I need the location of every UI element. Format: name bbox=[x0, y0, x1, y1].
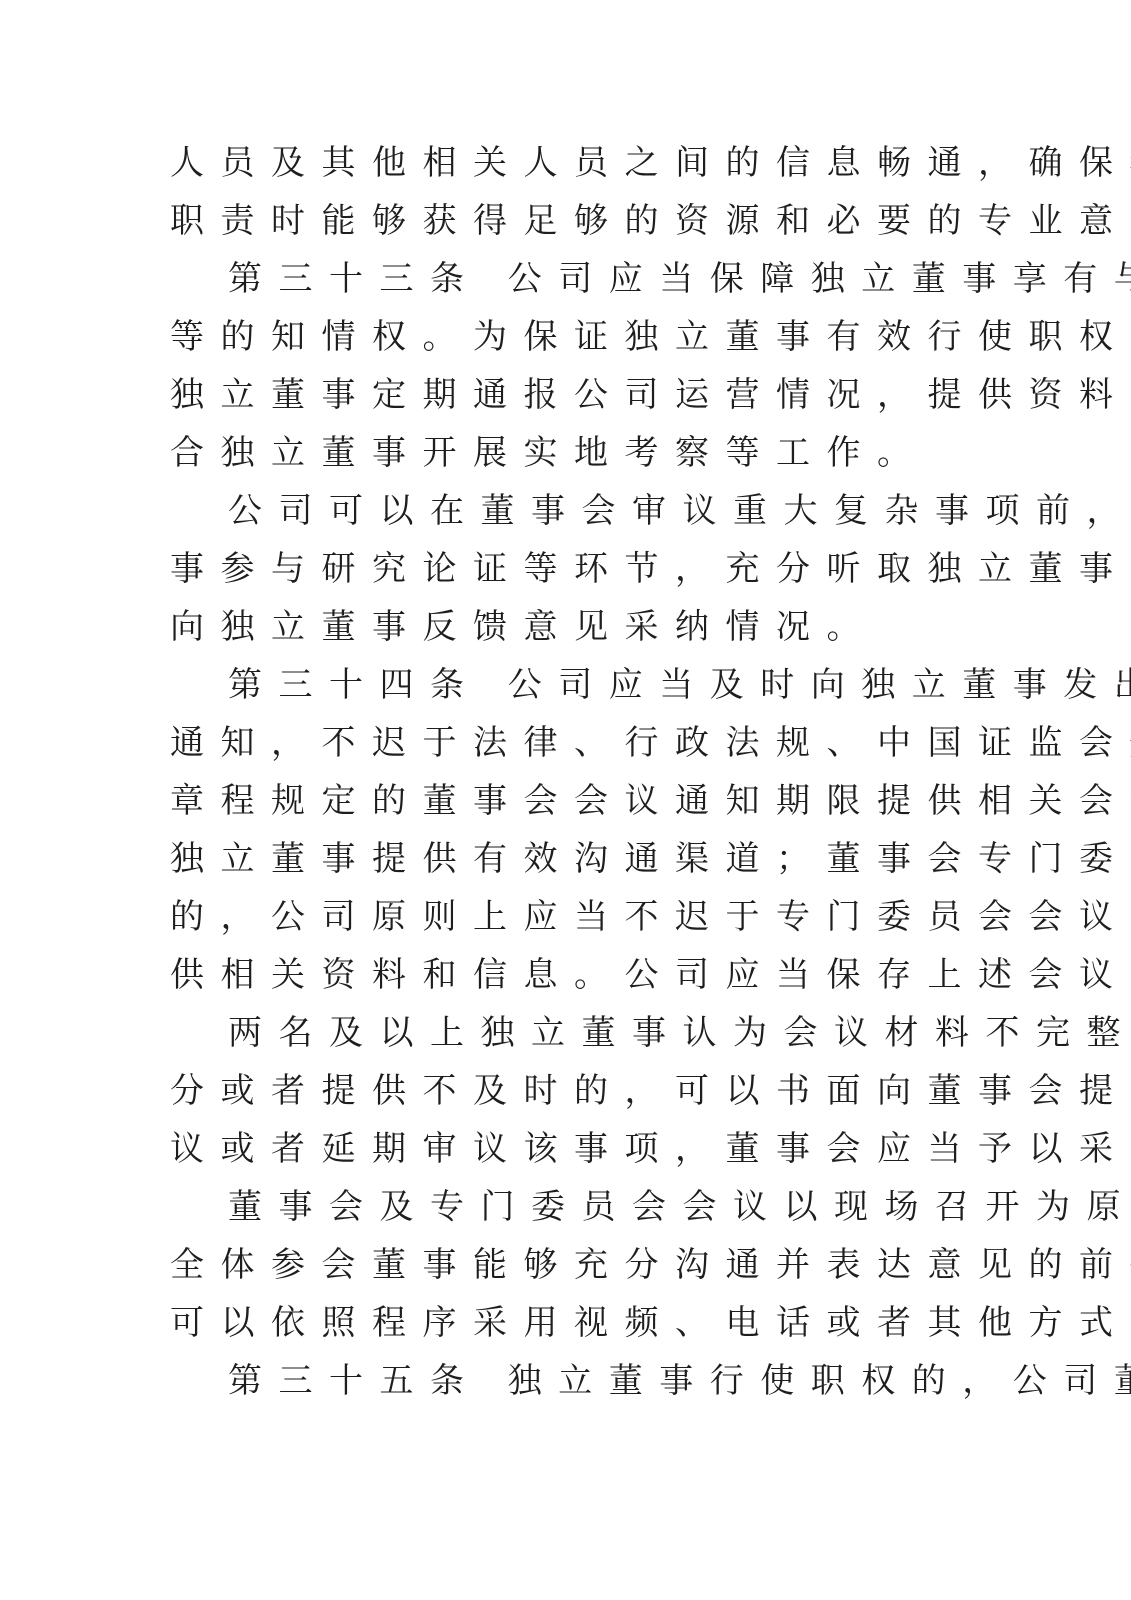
text-line: 第三十三条 公司应当保障独立董事享有与其他董事同 bbox=[170, 250, 960, 308]
paragraph-article-34: 第三十四条 公司应当及时向独立董事发出董事会会议 通知，不迟于法律、行政法规、中… bbox=[170, 656, 960, 1004]
text-line: 议或者延期审议该事项，董事会应当予以采纳。 bbox=[170, 1120, 960, 1178]
text-line: 章程规定的董事会会议通知期限提供相关会议资料，并为 bbox=[170, 772, 960, 830]
paragraph-article-34-clause-3: 董事会及专门委员会会议以现场召开为原则。在保证 全体参会董事能够充分沟通并表达意… bbox=[170, 1178, 960, 1352]
text-line: 职责时能够获得足够的资源和必要的专业意见。 bbox=[170, 192, 960, 250]
text-line: 董事会及专门委员会会议以现场召开为原则。在保证 bbox=[170, 1178, 960, 1236]
text-line: 公司可以在董事会审议重大复杂事项前，组织独立董 bbox=[170, 482, 960, 540]
text-line: 的，公司原则上应当不迟于专门委员会会议召开前三日提 bbox=[170, 888, 960, 946]
text-line: 事参与研究论证等环节，充分听取独立董事意见，并及时 bbox=[170, 540, 960, 598]
text-line: 分或者提供不及时的，可以书面向董事会提出延期召开会 bbox=[170, 1062, 960, 1120]
text-line: 合独立董事开展实地考察等工作。 bbox=[170, 424, 960, 482]
paragraph-article-33-clause-2: 公司可以在董事会审议重大复杂事项前，组织独立董 事参与研究论证等环节，充分听取独… bbox=[170, 482, 960, 656]
document-body: 人员及其他相关人员之间的信息畅通，确保独立董事履行 职责时能够获得足够的资源和必… bbox=[170, 134, 960, 1410]
text-line: 第三十五条 独立董事行使职权的，公司董事、高级管 bbox=[170, 1352, 960, 1410]
text-line: 可以依照程序采用视频、电话或者其他方式召开。 bbox=[170, 1294, 960, 1352]
text-line: 向独立董事反馈意见采纳情况。 bbox=[170, 598, 960, 656]
paragraph-continuation: 人员及其他相关人员之间的信息畅通，确保独立董事履行 职责时能够获得足够的资源和必… bbox=[170, 134, 960, 250]
text-line: 两名及以上独立董事认为会议材料不完整、论证不充 bbox=[170, 1004, 960, 1062]
text-line: 通知，不迟于法律、行政法规、中国证监会规定或者公司 bbox=[170, 714, 960, 772]
text-line: 全体参会董事能够充分沟通并表达意见的前提下，必要时 bbox=[170, 1236, 960, 1294]
text-line: 等的知情权。为保证独立董事有效行使职权，公司应当向 bbox=[170, 308, 960, 366]
text-line: 独立董事提供有效沟通渠道；董事会专门委员会召开会议 bbox=[170, 830, 960, 888]
paragraph-article-34-clause-2: 两名及以上独立董事认为会议材料不完整、论证不充 分或者提供不及时的，可以书面向董… bbox=[170, 1004, 960, 1178]
paragraph-article-33: 第三十三条 公司应当保障独立董事享有与其他董事同 等的知情权。为保证独立董事有效… bbox=[170, 250, 960, 482]
text-line: 第三十四条 公司应当及时向独立董事发出董事会会议 bbox=[170, 656, 960, 714]
text-line: 供相关资料和信息。公司应当保存上述会议资料至少十年。 bbox=[170, 946, 960, 1004]
text-line: 独立董事定期通报公司运营情况，提供资料，组织或者配 bbox=[170, 366, 960, 424]
text-line: 人员及其他相关人员之间的信息畅通，确保独立董事履行 bbox=[170, 134, 960, 192]
document-page: 人员及其他相关人员之间的信息畅通，确保独立董事履行 职责时能够获得足够的资源和必… bbox=[0, 0, 1131, 1600]
paragraph-article-35: 第三十五条 独立董事行使职权的，公司董事、高级管 bbox=[170, 1352, 960, 1410]
